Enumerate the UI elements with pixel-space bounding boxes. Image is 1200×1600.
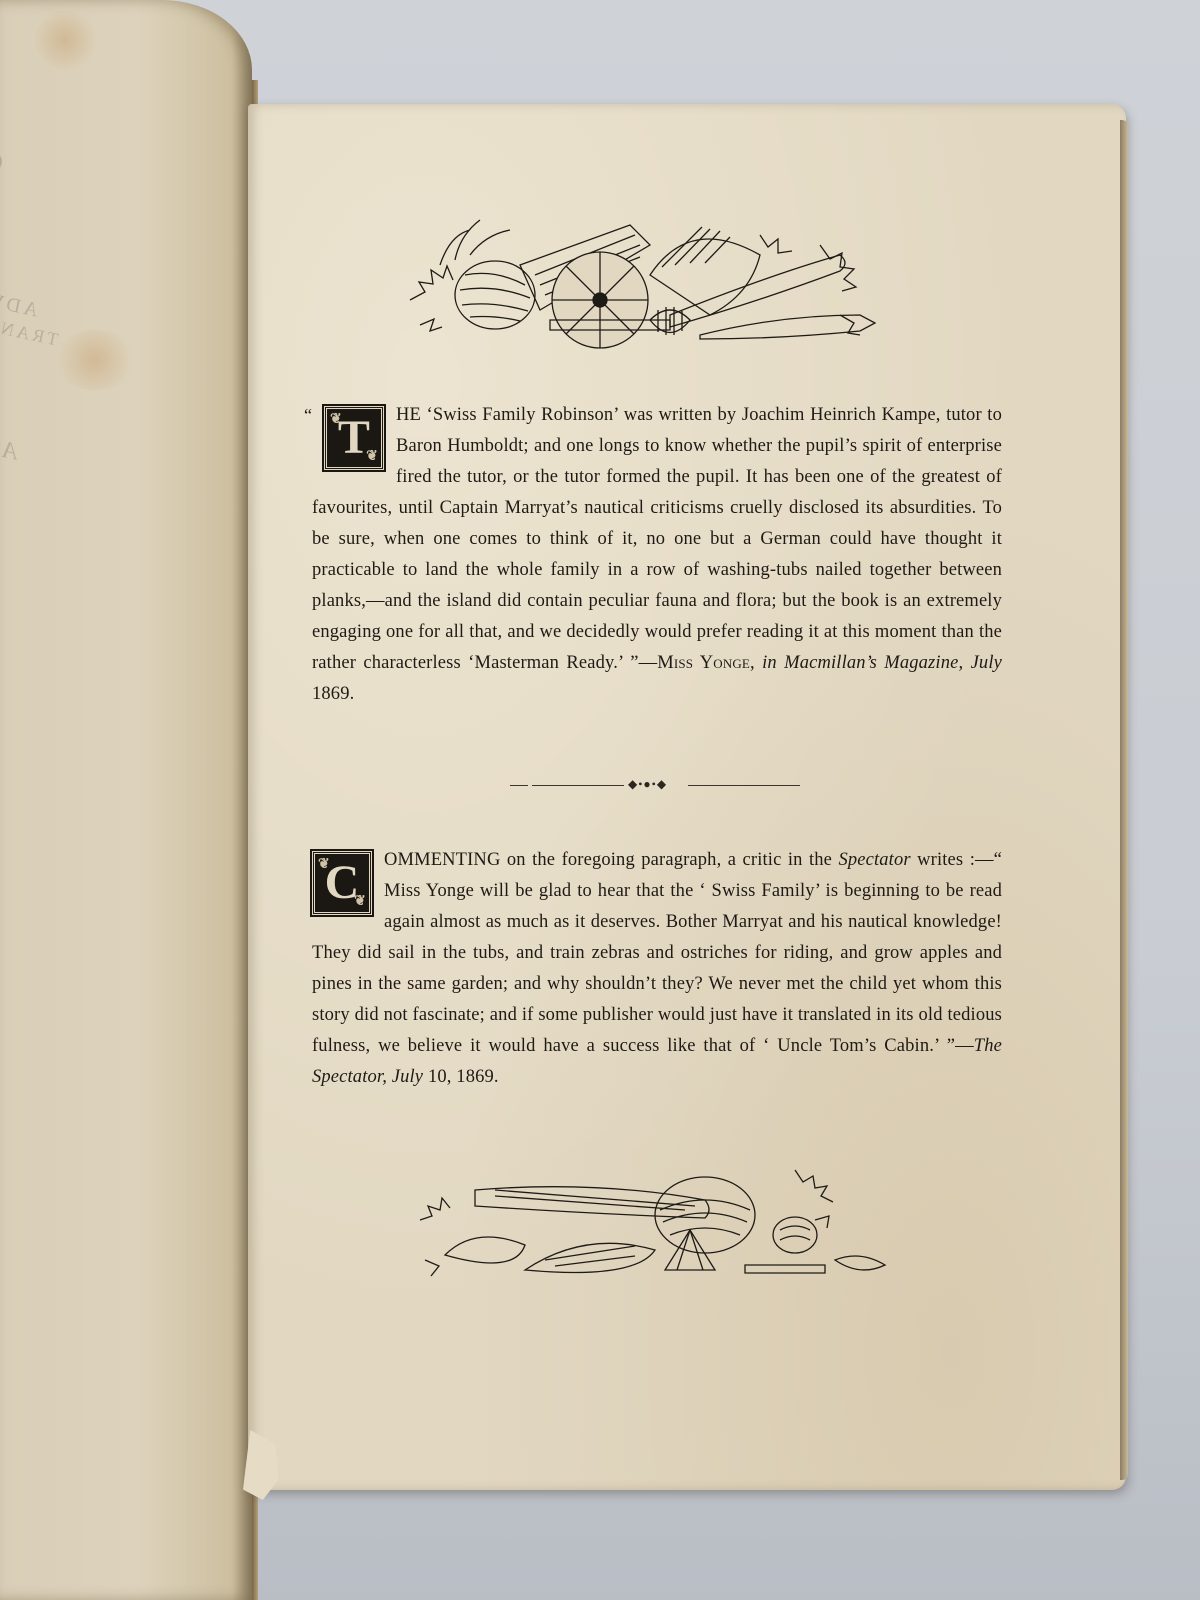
quote-text: OMMENTING on the foregoing paragraph, a … (384, 850, 838, 870)
bleed-through-line: ADVENTURES OF A SHIPWRECKED (0, 215, 40, 323)
attribution-year: 1869. (312, 684, 354, 704)
attribution-date: 10, 1869. (423, 1067, 499, 1087)
divider-rule (510, 785, 528, 786)
bleed-through-title: SWISS FAMILY (0, 38, 10, 205)
page-edge (1120, 120, 1128, 1480)
quote-spectator: C OMMENTING on the foregoing paragraph, … (312, 845, 1002, 1093)
seashells-engraving-icon (415, 1160, 895, 1290)
bleed-through-line: A New and Unabridged (0, 393, 20, 467)
opening-quote-mark: “ (304, 400, 312, 431)
divider-rule (688, 785, 800, 786)
divider-rule (532, 785, 624, 786)
attribution-author: Miss Yonge (657, 653, 750, 673)
left-page: SWISS FAMILY ADVENTURES OF A SHIPWRECKED… (0, 0, 252, 1600)
foxing-stain (30, 10, 100, 70)
ornamental-rule-icon: ◆•●•◆ (628, 777, 667, 792)
illuminated-dropcap-c: C (312, 851, 372, 915)
attribution-source: in Macmillan’s Magazine, July (762, 653, 1002, 673)
seashells-engraving-icon (400, 205, 880, 355)
publication-name: Spectator (838, 850, 910, 870)
quote-miss-yonge: “ T HE ‘Swiss Family Robinson’ was writt… (312, 400, 1002, 710)
quote-text: HE ‘Swiss Family Robinson’ was written b… (312, 405, 1002, 673)
quote-text: writes :—“ Miss Yonge will be glad to he… (312, 850, 1002, 1056)
illuminated-dropcap-t: T (324, 406, 384, 470)
ornamental-divider: ◆•●•◆ (510, 778, 800, 792)
foxing-stain (50, 330, 140, 390)
